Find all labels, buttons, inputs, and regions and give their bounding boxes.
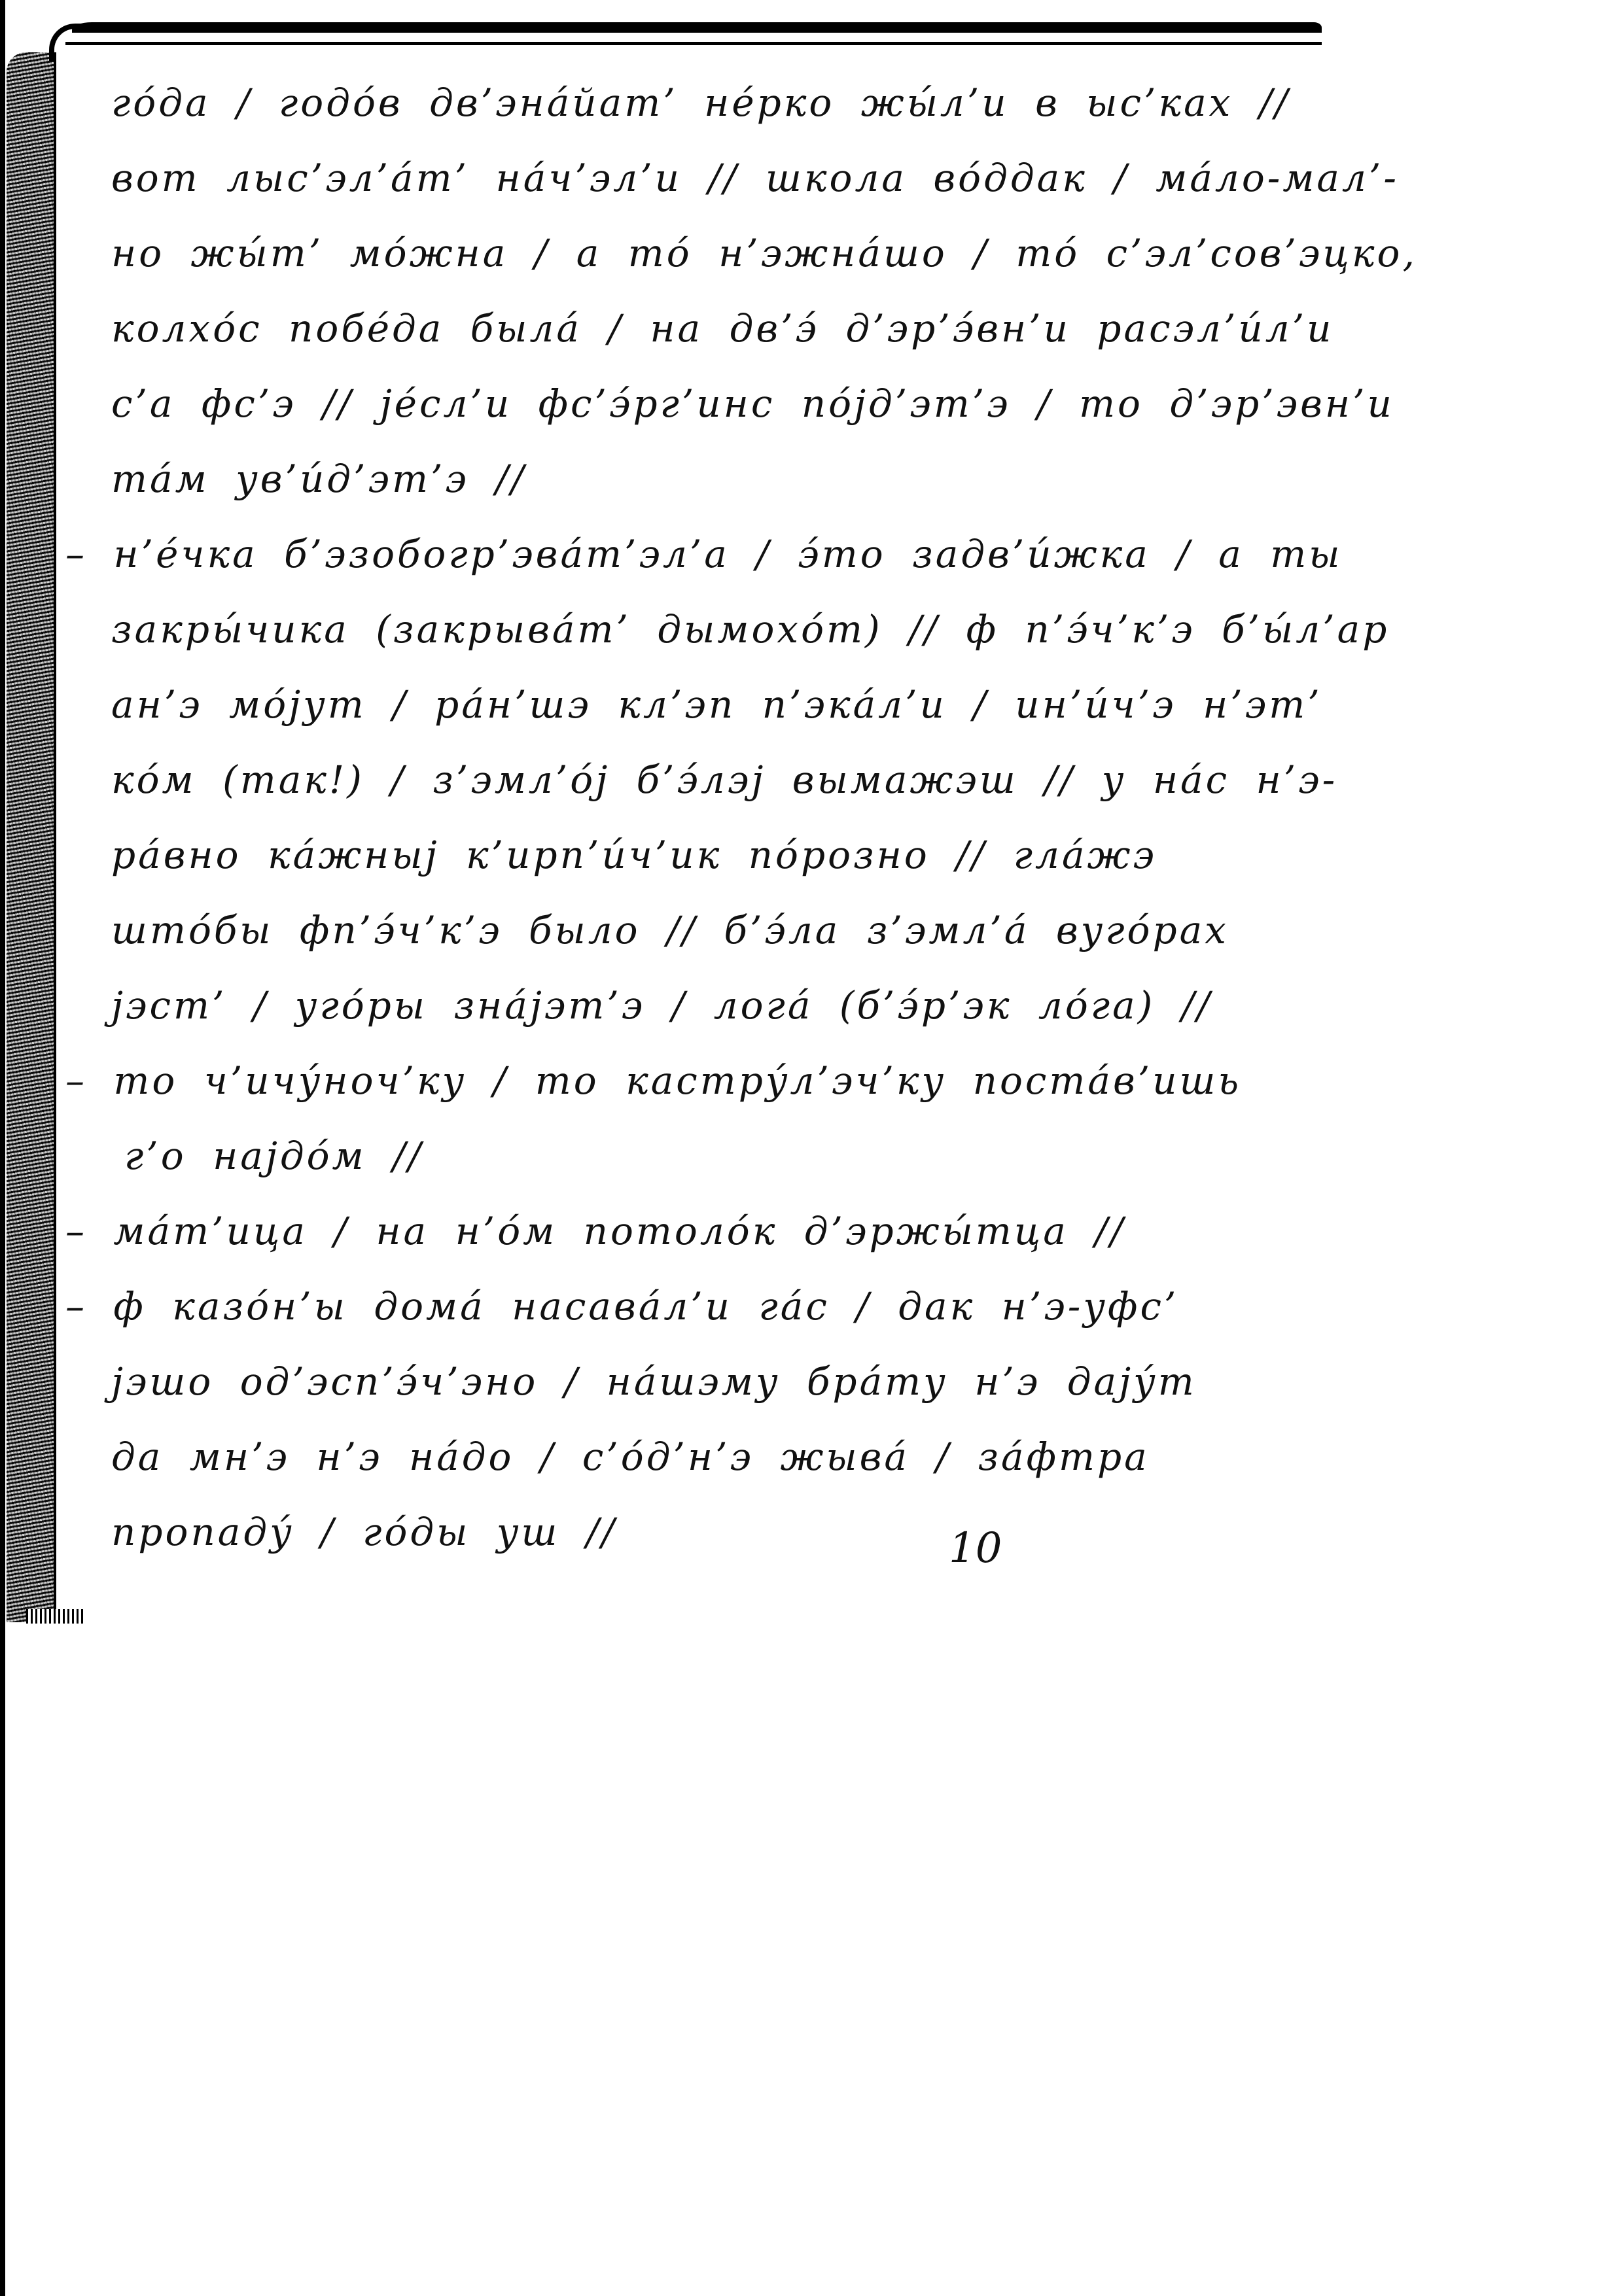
text-line: ан’э мójут / рáн’шэ кл’эп п’экáл’и / ин’…: [111, 667, 1354, 742]
text-line: г’о наjдóм //: [124, 1119, 1354, 1194]
text-line: гóда / годóв дв’энáйат’ нéрко жы́л’и в ы…: [111, 65, 1354, 141]
text-line: закры́чика (закрывáт’ дымохóт) // ф п’э́…: [111, 592, 1354, 667]
text-line: кóм (так!) / з’эмл’ój б’э́лэj вымажэш //…: [111, 742, 1354, 818]
notebook-binding-bottom: [26, 1609, 85, 1624]
page-number: 10: [949, 1524, 1002, 1573]
text-line: штóбы фп’э́ч’к’э было // б’э́ла з’эмл’á …: [111, 893, 1354, 968]
text-line: колхóс побéда была́ / на дв’э́ д’эр’э́вн…: [111, 291, 1354, 366]
top-border-rule: [72, 22, 1322, 33]
top-thin-rule: [65, 42, 1322, 45]
text-line: но жы́т’ мóжна / а тó н’эжнáшо / тó с’эл…: [111, 216, 1354, 291]
text-line: тáм ув’и́д’эт’э //: [111, 442, 1354, 517]
text-line-dialogue: – мáт’ица / на н’óм потолóк д’эржы́тца /…: [65, 1194, 1354, 1269]
text-line: jэст’ / угóры знájэт’э / логá (б’э́р’эк …: [111, 968, 1354, 1043]
text-line: jэшо од’эсп’э́ч’эно / нáшэму брáту н’э д…: [111, 1344, 1354, 1419]
text-line: пропаду́ / гóды уш //: [111, 1495, 1354, 1570]
text-line-dialogue: – н’éчка б’эзобогр’эвáт’эл’а / э́то задв…: [65, 517, 1354, 592]
text-line-dialogue: – то ч’ичу́ноч’ку / то кастру́л’эч’ку по…: [65, 1043, 1354, 1119]
handwritten-text-block: гóда / годóв дв’энáйат’ нéрко жы́л’и в ы…: [111, 65, 1354, 1570]
text-line-dialogue: – ф казóн’ы домá насавáл’и гáс / дак н’э…: [65, 1269, 1354, 1344]
notebook-binding-strip: [7, 52, 56, 1622]
text-line: с’а фс’э // jéсл’и фс’э́рг’инс пójд’эт’э…: [111, 366, 1354, 442]
scan-page-edge: [0, 0, 5, 2296]
text-line: вот лыс’эл’áт’ нáч’эл’и // школа вóддак …: [111, 141, 1354, 216]
text-line: рáвно кáжныj к’ирп’и́ч’ик пóрозно // глá…: [111, 818, 1354, 893]
text-line: да мн’э н’э нáдо / с’óд’н’э жывá / зáфтр…: [111, 1419, 1354, 1495]
